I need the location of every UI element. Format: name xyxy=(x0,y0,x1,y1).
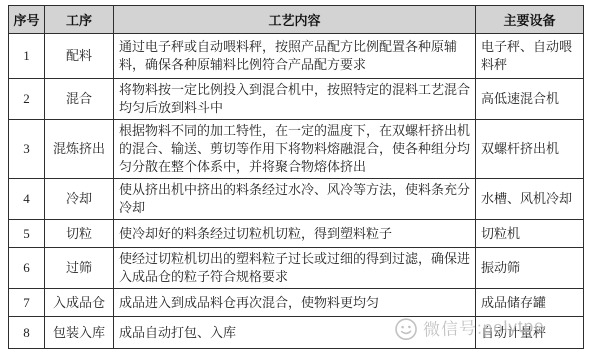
cell-seq: 5 xyxy=(9,220,45,248)
cell-equipment: 成品储存罐 xyxy=(476,289,584,317)
header-seq: 序号 xyxy=(9,6,45,34)
header-row: 序号 工序 工艺内容 主要设备 xyxy=(9,6,584,34)
cell-process: 冷却 xyxy=(45,179,114,220)
cell-seq: 4 xyxy=(9,179,45,220)
cell-seq: 3 xyxy=(9,120,45,179)
cell-seq: 6 xyxy=(9,248,45,289)
cell-equipment: 水槽、风机冷却 xyxy=(476,179,584,220)
cell-process: 切粒 xyxy=(45,220,114,248)
cell-content: 将物料按一定比例投入到混合机中，按照特定的混料工艺混合均匀后放到料斗中 xyxy=(114,79,476,120)
cell-content: 成品自动打包、入库 xyxy=(114,317,476,349)
header-content: 工艺内容 xyxy=(114,6,476,34)
cell-process: 入成品仓 xyxy=(45,289,114,317)
cell-content: 成品进入到成品料仓再次混合，使物料更均匀 xyxy=(114,289,476,317)
cell-content: 使经过切粒机切出的塑料粒子过长或过细的得到过滤，确保进入成品仓的粒子符合规格要求 xyxy=(114,248,476,289)
table-row: 4 冷却 使从挤出机中挤出的料条经过水冷、风冷等方法，使料条充分冷却 水槽、风机… xyxy=(9,179,584,220)
cell-equipment: 高低速混合机 xyxy=(476,79,584,120)
cell-process: 包装入库 xyxy=(45,317,114,349)
table-row: 6 过筛 使经过切粒机切出的塑料粒子过长或过细的得到过滤，确保进入成品仓的粒子符… xyxy=(9,248,584,289)
cell-process: 混合 xyxy=(45,79,114,120)
table-row: 3 混炼挤出 根据物料不同的加工特性，在一定的温度下，在双螺杆挤出机的混合、输送… xyxy=(9,120,584,179)
cell-seq: 1 xyxy=(9,34,45,79)
cell-process: 混炼挤出 xyxy=(45,120,114,179)
cell-process: 过筛 xyxy=(45,248,114,289)
cell-content: 通过电子秤或自动喂料秤，按照产品配方比例配置各种原辅料，确保各种原辅料比例符合产… xyxy=(114,34,476,79)
cell-content: 使冷却好的料条经过切粒机切粒，得到塑料粒子 xyxy=(114,220,476,248)
table-row: 8 包装入库 成品自动打包、入库 自动计量秤 xyxy=(9,317,584,349)
table-row: 5 切粒 使冷却好的料条经过切粒机切粒，得到塑料粒子 切粒机 xyxy=(9,220,584,248)
cell-equipment: 电子秤、自动喂料秤 xyxy=(476,34,584,79)
cell-equipment: 双螺杆挤出机 xyxy=(476,120,584,179)
cell-equipment: 切粒机 xyxy=(476,220,584,248)
table-row: 2 混合 将物料按一定比例投入到混合机中，按照特定的混料工艺混合均匀后放到料斗中… xyxy=(9,79,584,120)
process-table: 序号 工序 工艺内容 主要设备 1 配料 通过电子秤或自动喂料秤，按照产品配方比… xyxy=(8,5,584,349)
table-row: 7 入成品仓 成品进入到成品料仓再次混合，使物料更均匀 成品储存罐 xyxy=(9,289,584,317)
cell-content: 使从挤出机中挤出的料条经过水冷、风冷等方法，使料条充分冷却 xyxy=(114,179,476,220)
cell-seq: 8 xyxy=(9,317,45,349)
cell-seq: 7 xyxy=(9,289,45,317)
cell-seq: 2 xyxy=(9,79,45,120)
cell-equipment: 自动计量秤 xyxy=(476,317,584,349)
header-process: 工序 xyxy=(45,6,114,34)
cell-process: 配料 xyxy=(45,34,114,79)
header-equipment: 主要设备 xyxy=(476,6,584,34)
table-row: 1 配料 通过电子秤或自动喂料秤，按照产品配方比例配置各种原辅料，确保各种原辅料… xyxy=(9,34,584,79)
cell-content: 根据物料不同的加工特性，在一定的温度下，在双螺杆挤出机的混合、输送、剪切等作用下… xyxy=(114,120,476,179)
cell-equipment: 振动筛 xyxy=(476,248,584,289)
